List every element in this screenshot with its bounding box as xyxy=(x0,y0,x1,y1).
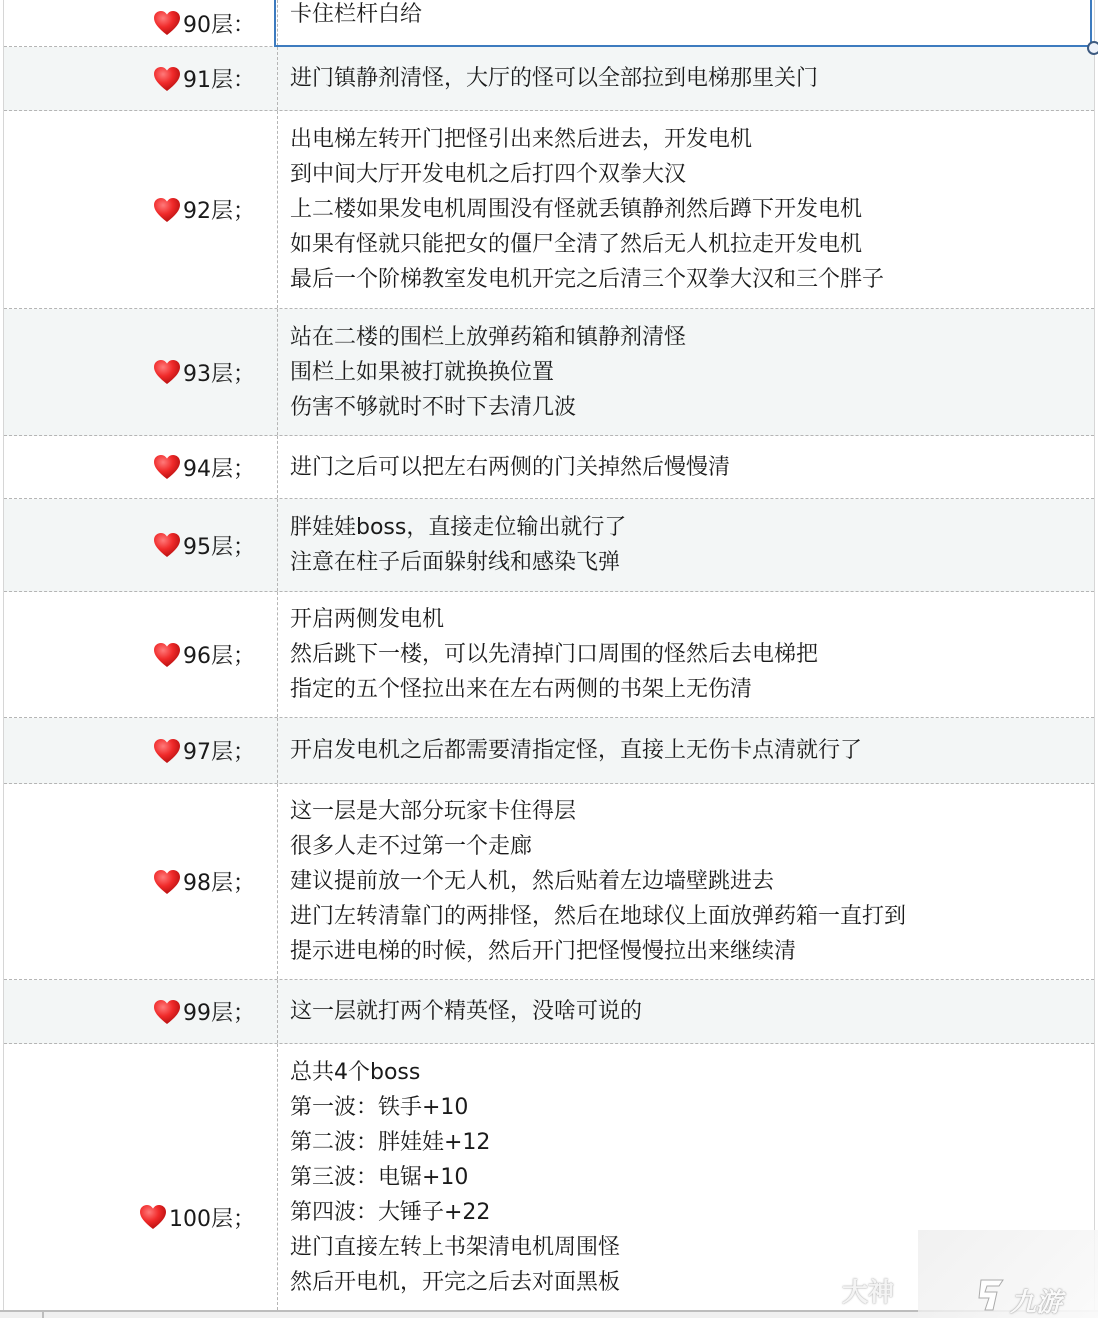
floor-label: 90层： xyxy=(183,8,255,39)
heart-icon xyxy=(153,999,181,1025)
table-row-floor-93[interactable]: 93层； 站在二楼的围栏上放弹药箱和镇静剂清怪 围栏上如果被打就换换位置 伤害不… xyxy=(4,309,1094,436)
floor-label: 93层； xyxy=(183,357,255,388)
strategy-line: 胖娃娃boss，直接走位输出就行了 xyxy=(290,510,1084,545)
strategy-line: 上二楼如果发电机周围没有怪就丢镇静剂然后蹲下开发电机 xyxy=(290,192,1084,227)
heart-icon xyxy=(139,1204,167,1230)
jiuyou-logo-icon xyxy=(975,1276,1007,1314)
strategy-line: 站在二楼的围栏上放弹药箱和镇静剂清怪 xyxy=(290,320,1084,355)
scrollbar-divider xyxy=(42,1312,44,1318)
strategy-line: 进门镇静剂清怪，大厅的怪可以全部拉到电梯那里关门 xyxy=(290,61,1084,96)
floor-label-cell[interactable]: 92层； xyxy=(4,111,278,308)
strategy-line: 进门之后可以把左右两侧的门关掉然后慢慢清 xyxy=(290,450,1084,485)
floor-label: 97层； xyxy=(183,735,255,766)
table-row-floor-99[interactable]: 99层； 这一层就打两个精英怪，没啥可说的 xyxy=(4,980,1094,1044)
heart-icon xyxy=(153,66,181,92)
strategy-line: 这一层是大部分玩家卡住得层 xyxy=(290,794,1084,829)
strategy-line: 进门左转清靠门的两排怪，然后在地球仪上面放弹药箱一直打到 xyxy=(290,899,1084,934)
strategy-line: 这一层就打两个精英怪，没啥可说的 xyxy=(290,994,1084,1029)
floor-label: 91层： xyxy=(183,63,255,94)
strategy-line: 出电梯左转开门把怪引出来然后进去，开发电机 xyxy=(290,122,1084,157)
strategy-line: 建议提前放一个无人机，然后贴着左边墙壁跳进去 xyxy=(290,864,1084,899)
watermark-dashen: 大神 xyxy=(842,1272,894,1309)
watermark-jiuyou: 九游 xyxy=(1010,1282,1062,1318)
table-row-floor-95[interactable]: 95层； 胖娃娃boss，直接走位输出就行了 注意在柱子后面躲射线和感染飞弹 xyxy=(4,499,1094,592)
floor-label-cell[interactable]: 96层； xyxy=(4,592,278,717)
strategy-line: 围栏上如果被打就换换位置 xyxy=(290,355,1084,390)
strategy-cell[interactable]: 开启两侧发电机 然后跳下一楼，可以先清掉门口周围的怪然后去电梯把 指定的五个怪拉… xyxy=(290,592,1084,717)
heart-icon xyxy=(153,359,181,385)
table-row-floor-96[interactable]: 96层； 开启两侧发电机 然后跳下一楼，可以先清掉门口周围的怪然后去电梯把 指定… xyxy=(4,592,1094,718)
table-row-floor-98[interactable]: 98层； 这一层是大部分玩家卡住得层 很多人走不过第一个走廊 建议提前放一个无人… xyxy=(4,784,1094,980)
heart-icon xyxy=(153,642,181,668)
strategy-line: 然后跳下一楼，可以先清掉门口周围的怪然后去电梯把 xyxy=(290,637,1084,672)
strategy-line: 开启发电机之后都需要清指定怪，直接上无伤卡点清就行了 xyxy=(290,733,1084,768)
strategy-line: 开启两侧发电机 xyxy=(290,602,1084,637)
strategy-line: 最后一个阶梯教室发电机开完之后清三个双拳大汉和三个胖子 xyxy=(290,262,1084,297)
floor-label-cell[interactable]: 91层： xyxy=(4,47,278,110)
strategy-cell[interactable]: 进门镇静剂清怪，大厅的怪可以全部拉到电梯那里关门 xyxy=(290,47,1084,110)
table-row-floor-91[interactable]: 91层： 进门镇静剂清怪，大厅的怪可以全部拉到电梯那里关门 xyxy=(4,47,1094,111)
strategy-cell[interactable]: 这一层是大部分玩家卡住得层 很多人走不过第一个走廊 建议提前放一个无人机，然后贴… xyxy=(290,784,1084,979)
strategy-line: 第四波：大锤子+22 xyxy=(290,1195,1084,1230)
heart-icon xyxy=(153,869,181,895)
strategy-line: 很多人走不过第一个走廊 xyxy=(290,829,1084,864)
heart-icon xyxy=(153,454,181,480)
strategy-cell[interactable]: 这一层就打两个精英怪，没啥可说的 xyxy=(290,980,1084,1043)
floor-label-cell[interactable]: 99层； xyxy=(4,980,278,1043)
strategy-line: 如果有怪就只能把女的僵尸全清了然后无人机拉走开发电机 xyxy=(290,227,1084,262)
strategy-line: 指定的五个怪拉出来在左右两侧的书架上无伤清 xyxy=(290,672,1084,707)
strategy-line: 第三波：电锯+10 xyxy=(290,1160,1084,1195)
floor-label: 99层； xyxy=(183,996,255,1027)
table-row-floor-97[interactable]: 97层； 开启发电机之后都需要清指定怪，直接上无伤卡点清就行了 xyxy=(4,718,1094,784)
strategy-cell[interactable]: 站在二楼的围栏上放弹药箱和镇静剂清怪 围栏上如果被打就换换位置 伤害不够就时不时… xyxy=(290,309,1084,435)
spreadsheet-table: 90层： 卡住栏杆白给 91层： 进门镇静剂清怪，大厅的怪可以全部拉到电梯那里关… xyxy=(3,0,1095,1310)
strategy-line: 总共4个boss xyxy=(290,1055,1084,1090)
floor-label-cell[interactable]: 95层； xyxy=(4,499,278,591)
strategy-line: 提示进电梯的时候，然后开门把怪慢慢拉出来继续清 xyxy=(290,934,1084,969)
strategy-line: 注意在柱子后面躲射线和感染飞弹 xyxy=(290,545,1084,580)
strategy-line: 卡住栏杆白给 xyxy=(290,0,1084,30)
heart-icon xyxy=(153,738,181,764)
strategy-cell[interactable]: 进门之后可以把左右两侧的门关掉然后慢慢清 xyxy=(290,436,1084,498)
floor-label: 92层； xyxy=(183,194,255,225)
floor-label: 96层； xyxy=(183,639,255,670)
heart-icon xyxy=(153,10,181,36)
strategy-cell[interactable]: 胖娃娃boss，直接走位输出就行了 注意在柱子后面躲射线和感染飞弹 xyxy=(290,499,1084,591)
floor-label-cell[interactable]: 98层； xyxy=(4,784,278,979)
table-row-floor-94[interactable]: 94层； 进门之后可以把左右两侧的门关掉然后慢慢清 xyxy=(4,436,1094,499)
floor-label-cell[interactable]: 94层； xyxy=(4,436,278,498)
table-row-floor-90[interactable]: 90层： 卡住栏杆白给 xyxy=(4,0,1094,47)
heart-icon xyxy=(153,532,181,558)
floor-label-cell[interactable]: 90层： xyxy=(4,0,278,46)
strategy-line: 到中间大厅开发电机之后打四个双拳大汉 xyxy=(290,157,1084,192)
floor-label: 100层； xyxy=(169,1202,255,1233)
floor-label-cell[interactable]: 93层； xyxy=(4,309,278,435)
watermark-background xyxy=(918,1230,1098,1318)
strategy-cell[interactable]: 开启发电机之后都需要清指定怪，直接上无伤卡点清就行了 xyxy=(290,718,1084,783)
floor-label: 95层； xyxy=(183,530,255,561)
floor-label-cell[interactable]: 100层； xyxy=(4,1044,278,1310)
selection-resize-handle[interactable] xyxy=(1087,41,1098,55)
floor-label: 98层； xyxy=(183,866,255,897)
strategy-cell[interactable]: 出电梯左转开门把怪引出来然后进去，开发电机 到中间大厅开发电机之后打四个双拳大汉… xyxy=(290,111,1084,308)
table-row-floor-92[interactable]: 92层； 出电梯左转开门把怪引出来然后进去，开发电机 到中间大厅开发电机之后打四… xyxy=(4,111,1094,309)
strategy-cell[interactable]: 卡住栏杆白给 xyxy=(290,0,1084,46)
floor-label: 94层； xyxy=(183,452,255,483)
floor-label-cell[interactable]: 97层； xyxy=(4,718,278,783)
strategy-line: 第二波：胖娃娃+12 xyxy=(290,1125,1084,1160)
strategy-line: 伤害不够就时不时下去清几波 xyxy=(290,390,1084,425)
heart-icon xyxy=(153,197,181,223)
strategy-line: 第一波：铁手+10 xyxy=(290,1090,1084,1125)
